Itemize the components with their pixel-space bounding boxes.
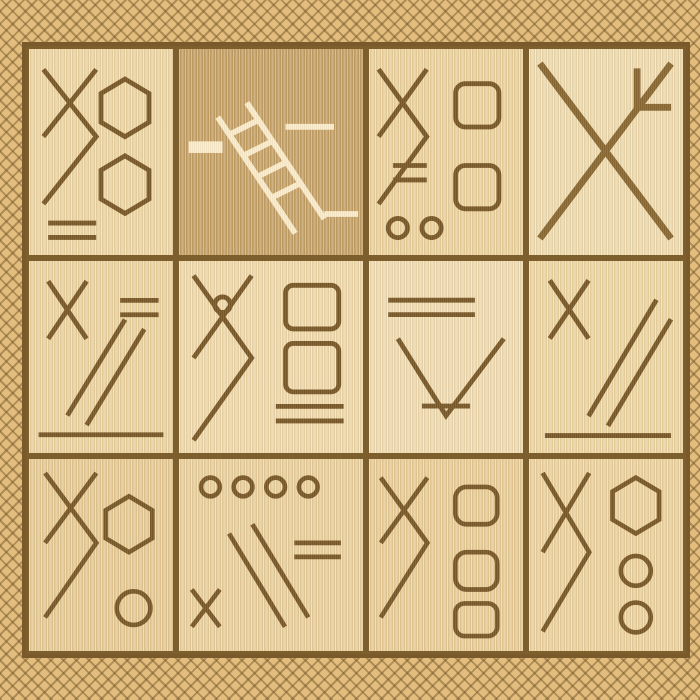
x-motif-icon bbox=[29, 49, 173, 255]
rug-panel-x-hexagon bbox=[526, 456, 686, 654]
rug-panel-ladder bbox=[176, 46, 366, 258]
rug-panel-medallions bbox=[366, 46, 526, 258]
rug-panel-ladder bbox=[526, 258, 686, 456]
rug-image bbox=[0, 0, 700, 700]
ladder-motif-icon bbox=[29, 261, 173, 453]
medallion-motif-icon bbox=[369, 49, 523, 255]
rug-panel-x-hexagon bbox=[26, 456, 176, 654]
medallion-motif-icon bbox=[369, 459, 523, 651]
rug-panel-x-hexagon bbox=[176, 258, 366, 456]
rug-panel-ladder bbox=[26, 258, 176, 456]
x-motif-icon bbox=[179, 261, 363, 453]
rug-panel-ladder bbox=[366, 258, 526, 456]
ladder-motif-icon bbox=[179, 49, 363, 255]
ladder-motif-icon bbox=[369, 261, 523, 453]
rug-panel-x-hexagon bbox=[26, 46, 176, 258]
large-x-motif-icon bbox=[529, 49, 683, 255]
x-motif-icon bbox=[29, 459, 173, 651]
rug-panel-medallions bbox=[366, 456, 526, 654]
x-motif-icon bbox=[529, 459, 683, 651]
ladder-motif-icon bbox=[529, 261, 683, 453]
ladder-motif-icon bbox=[179, 459, 363, 651]
rug-panel-ladder bbox=[176, 456, 366, 654]
rug-panel-large-x bbox=[526, 46, 686, 258]
rug-field bbox=[22, 42, 690, 658]
